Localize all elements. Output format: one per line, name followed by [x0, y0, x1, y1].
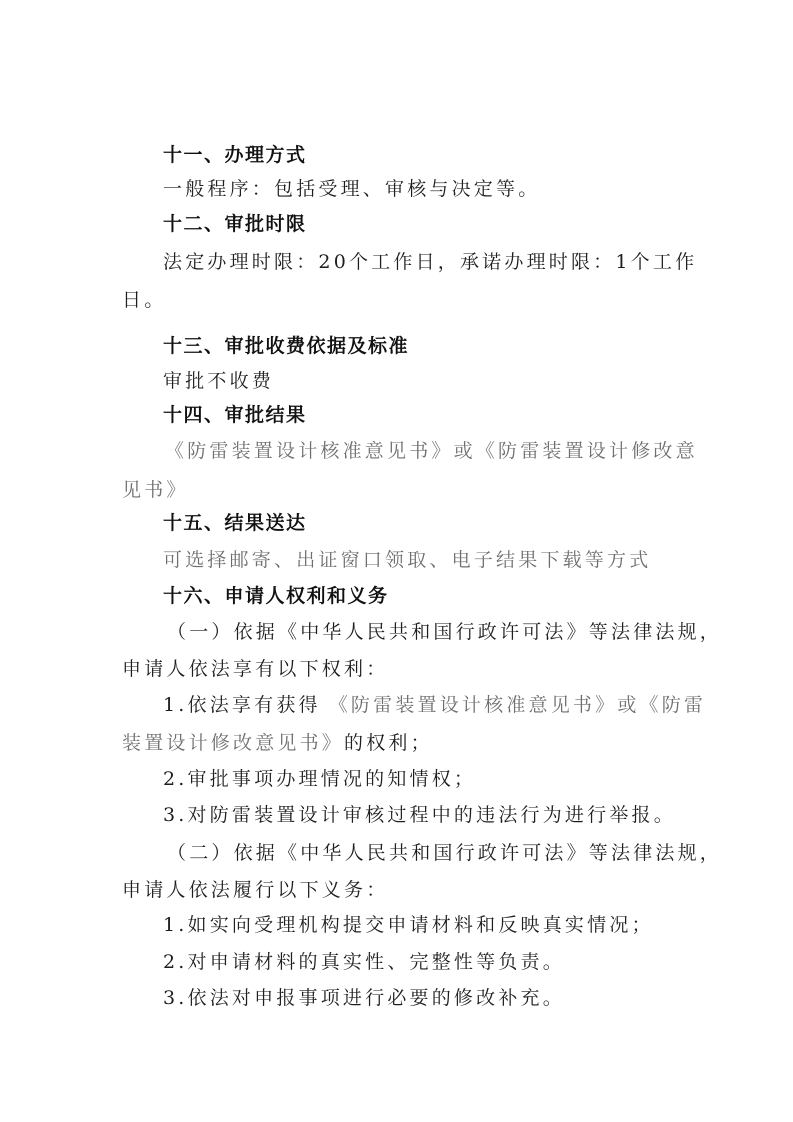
rights-item-1-doc-line2: 装置设计修改意见书》 [122, 732, 344, 754]
obligations-intro-line1: （二）依据《中华人民共和国行政许可法》等法律法规， [167, 841, 673, 865]
obligations-item-2: 2.对申请材料的真实性、完整性等负责。 [163, 950, 565, 974]
rights-item-1-line2: 装置设计修改意见书》的权利； [122, 731, 433, 755]
rights-item-1-suffix: 的权利； [344, 732, 433, 754]
obligations-item-3: 3.依法对申报事项进行必要的修改补充。 [163, 986, 565, 1010]
document-page: 十一、办理方式 一般程序：包括受理、审核与决定等。 十二、审批时限 法定办理时限… [0, 0, 793, 1122]
section-heading-15: 十五、结果送达 [163, 511, 307, 535]
section-body-13: 审批不收费 [163, 369, 274, 393]
section-body-15: 可选择邮寄、出证窗口领取、电子结果下载等方式 [163, 548, 651, 572]
obligations-item-1: 1.如实向受理机构提交申请材料和反映真实情况； [163, 913, 654, 937]
section-body-12-line1: 法定办理时限：20个工作日，承诺办理时限：1个工作 [163, 250, 671, 274]
rights-intro-line2: 申请人依法享有以下权利： [122, 657, 388, 681]
section-body-14-line2: 见书》 [122, 478, 189, 502]
rights-intro-line1: （一）依据《中华人民共和国行政许可法》等法律法规， [167, 620, 673, 644]
section-heading-14: 十四、审批结果 [163, 403, 307, 427]
rights-item-1-doc-line1: 《防雷装置设计核准意见书》或《防雷 [329, 693, 706, 717]
section-heading-13: 十三、审批收费依据及标准 [163, 334, 409, 358]
section-body-12-line2: 日。 [122, 288, 166, 312]
rights-item-3: 3.对防雷装置设计审核过程中的违法行为进行举报。 [163, 803, 676, 827]
rights-item-1-line1: 1.依法享有获得 《防雷装置设计核准意见书》或《防雷 [163, 693, 673, 717]
section-heading-12: 十二、审批时限 [163, 212, 307, 236]
rights-item-2: 2.审批事项办理情况的知情权； [163, 767, 476, 791]
section-heading-16: 十六、申请人权利和义务 [163, 584, 389, 608]
rights-item-1-prefix: 1.依法享有获得 [163, 693, 321, 717]
section-heading-11: 十一、办理方式 [163, 143, 307, 167]
section-body-11: 一般程序：包括受理、审核与决定等。 [163, 177, 540, 201]
obligations-intro-line2: 申请人依法履行以下义务： [122, 878, 388, 902]
section-body-14-line1: 《防雷装置设计核准意见书》或《防雷装置设计修改意 [165, 439, 673, 463]
